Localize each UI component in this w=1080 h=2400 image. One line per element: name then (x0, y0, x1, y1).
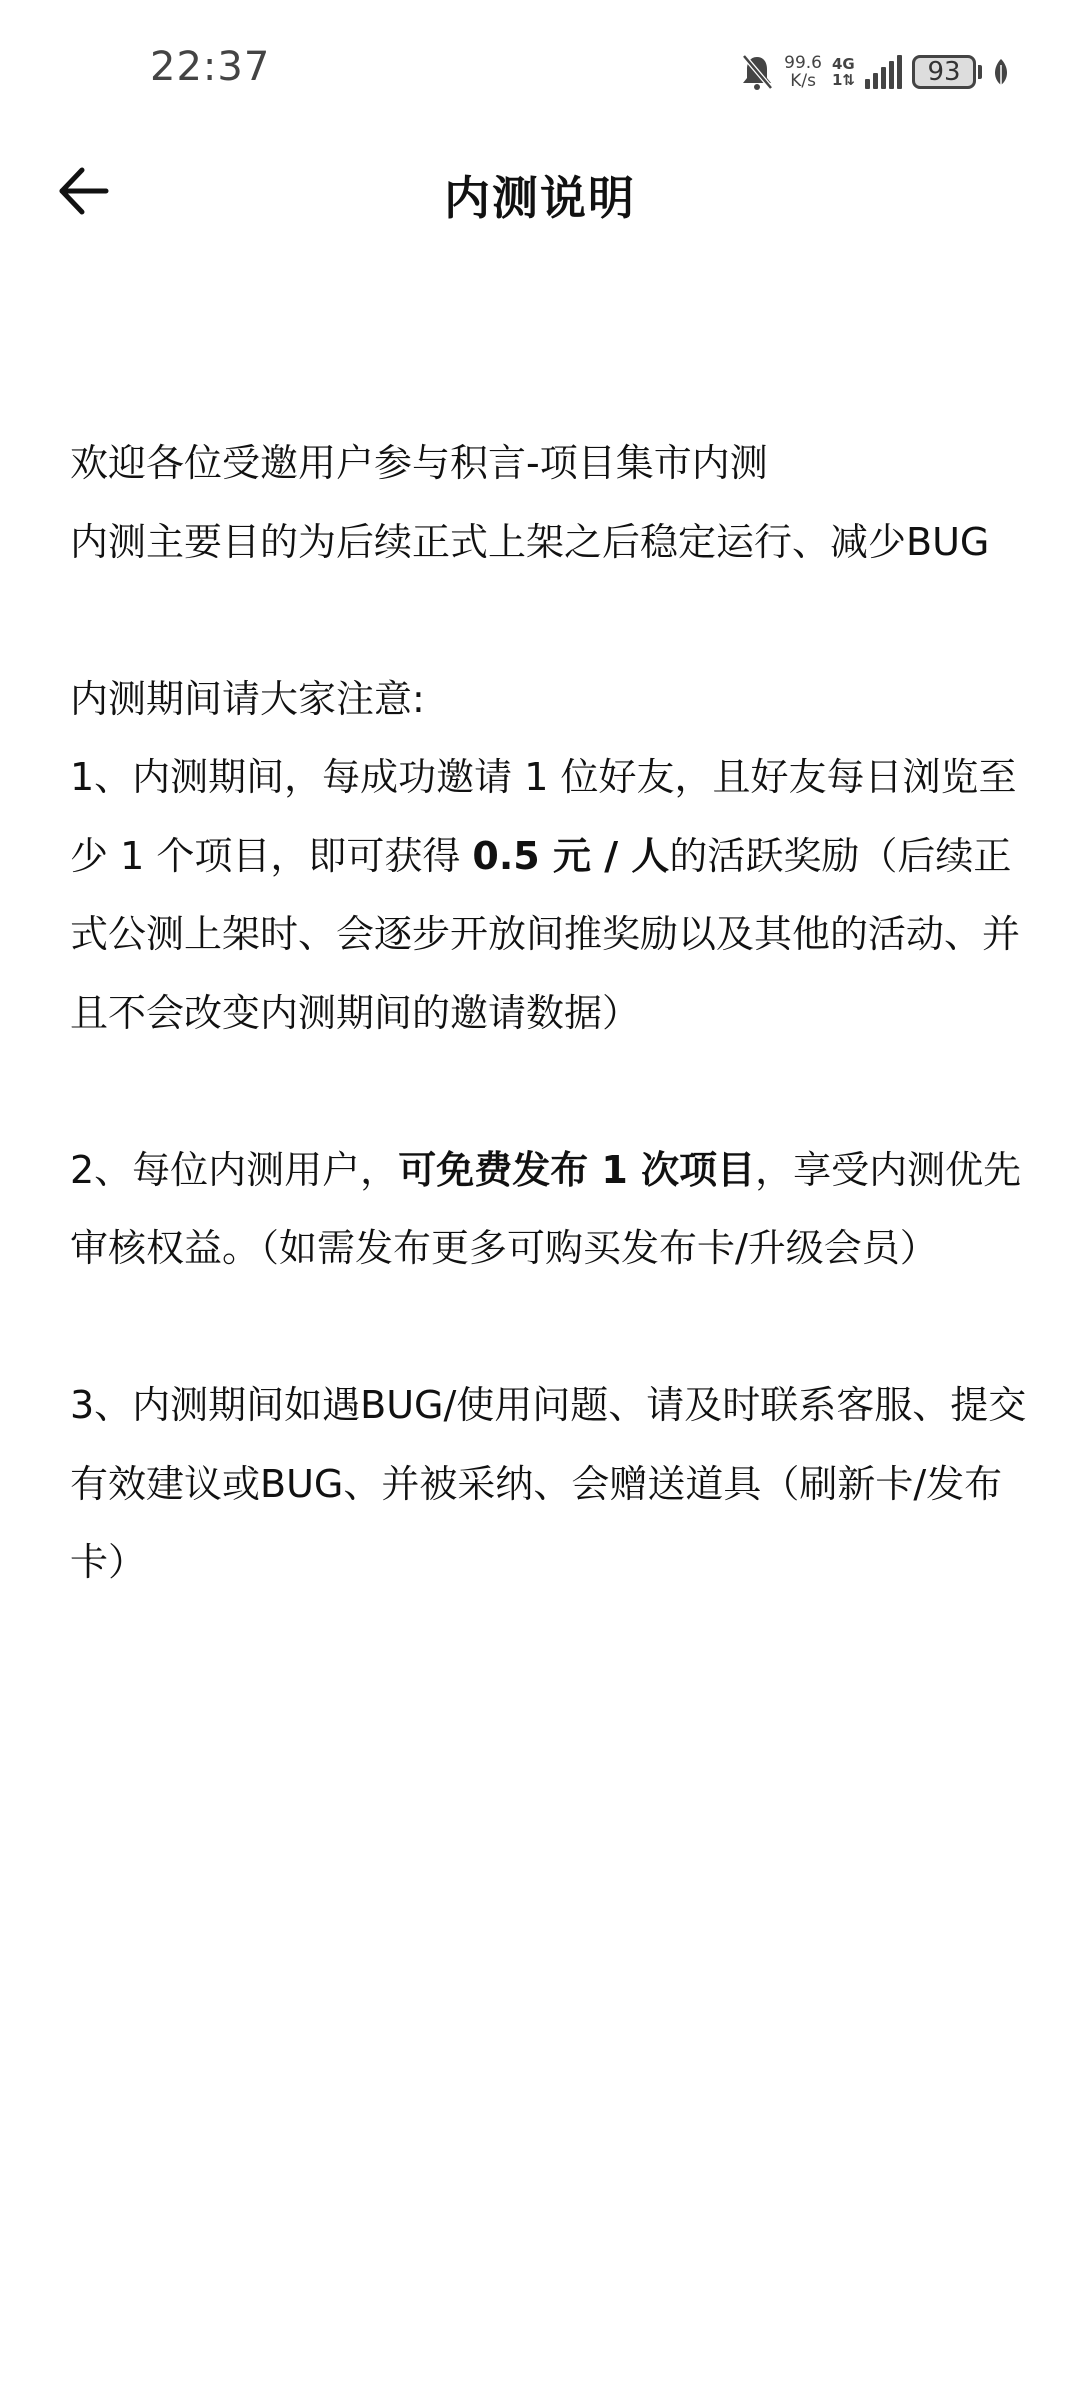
status-bar: 22:37 99.6 K/s 4G 1⇅ 93 (0, 0, 1080, 140)
status-time: 22:37 (150, 44, 270, 90)
network-sub-label: 1⇅ (832, 72, 855, 88)
notice-item-1: 1、内测期间，每成功邀请 1 位好友，且好友每日浏览至少 1 个项目，即可获得 … (70, 738, 1030, 1052)
notice-item-3: 3、内测期间如遇BUG/使用问题、请及时联系客服、提交有效建议或BUG、并被采纳… (70, 1366, 1030, 1602)
intro-line-1: 欢迎各位受邀用户参与积言-项目集市内测 (70, 424, 1030, 503)
battery-level: 93 (912, 55, 976, 89)
app-header: 内测说明 (0, 140, 1080, 240)
notice-heading: 内测期间请大家注意: (70, 660, 1030, 739)
network-type: 4G 1⇅ (832, 56, 855, 88)
beta-notice-content: 欢迎各位受邀用户参与积言-项目集市内测 内测主要目的为后续正式上架之后稳定运行、… (70, 424, 1030, 1602)
intro-line-2: 内测主要目的为后续正式上架之后稳定运行、减少BUG (70, 503, 1030, 582)
battery-icon: 93 (912, 55, 982, 89)
status-icons: 99.6 K/s 4G 1⇅ 93 (740, 50, 1010, 94)
bell-muted-icon (740, 53, 774, 91)
net-speed-value: 99.6 (784, 54, 822, 72)
item2-text-before: 2、每位内测用户， (70, 1148, 398, 1192)
network-type-label: 4G (832, 56, 855, 72)
net-speed-unit: K/s (784, 72, 822, 90)
network-speed: 99.6 K/s (784, 54, 822, 90)
signal-icon (865, 55, 902, 89)
item1-reward-highlight: 0.5 元 / 人 (472, 834, 669, 878)
leaf-icon (992, 57, 1010, 87)
item2-free-publish-highlight: 可免费发布 1 次项目 (398, 1148, 755, 1192)
page-title: 内测说明 (0, 162, 1080, 228)
notice-item-2: 2、每位内测用户，可免费发布 1 次项目，享受内测优先审核权益。（如需发布更多可… (70, 1131, 1030, 1288)
